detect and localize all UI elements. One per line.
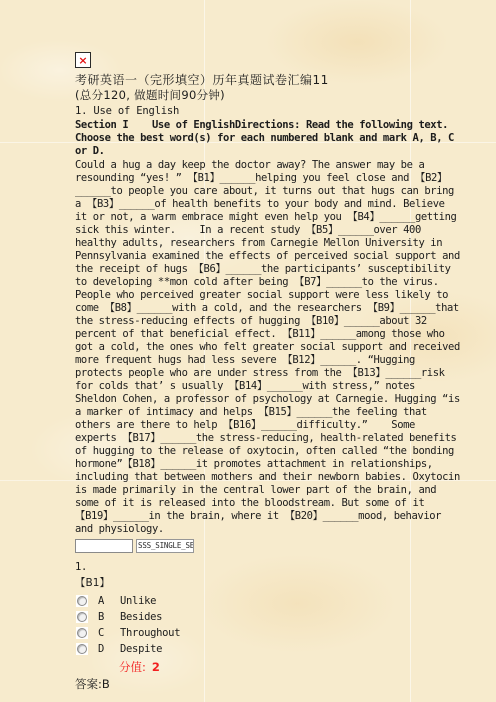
broken-image-icon: × — [75, 52, 91, 68]
passage-text: Could a hug a day keep the doctor away? … — [75, 159, 462, 536]
score-line: 分值:2 — [119, 660, 462, 674]
answer-line: 答案:B — [75, 677, 462, 692]
option-text: Unlike — [120, 595, 156, 607]
broken-image-x-glyph: × — [78, 55, 87, 66]
options-list: A Unlike B Besides C Throughout D Despit… — [75, 593, 462, 657]
radio-button-a[interactable] — [77, 596, 87, 606]
option-letter: B — [98, 611, 120, 623]
page-title: 考研英语一（完形填空）历年真题试卷汇编11 — [75, 72, 462, 88]
directions-text: Section I Use of EnglishDirections: Read… — [75, 119, 462, 158]
option-text: Besides — [120, 611, 162, 623]
option-row-c: C Throughout — [75, 625, 462, 641]
answer-input[interactable] — [75, 539, 133, 553]
radio-patch — [76, 595, 88, 607]
radio-button-b[interactable] — [77, 612, 87, 622]
score-value: 2 — [152, 660, 160, 674]
option-text: Despite — [120, 643, 162, 655]
option-row-b: B Besides — [75, 609, 462, 625]
option-row-d: D Despite — [75, 641, 462, 657]
score-label: 分值: — [119, 660, 146, 674]
question-number: 1. — [75, 561, 462, 574]
answer-widget-row: SSS_SINGLE_SEL — [75, 539, 462, 555]
radio-button-d[interactable] — [77, 644, 87, 654]
exam-page: × 考研英语一（完形填空）历年真题试卷汇编11 (总分120, 做题时间90分钟… — [0, 0, 496, 702]
radio-button-c[interactable] — [77, 628, 87, 638]
single-select-control[interactable]: SSS_SINGLE_SEL — [136, 539, 194, 553]
radio-patch — [76, 627, 88, 639]
radio-patch — [76, 611, 88, 623]
radio-patch — [76, 643, 88, 655]
blank-id-label: 【B1】 — [75, 577, 462, 590]
option-letter: C — [98, 627, 120, 639]
option-letter: A — [98, 595, 120, 607]
option-text: Throughout — [120, 627, 180, 639]
section-heading: 1. Use of English — [75, 104, 462, 118]
option-letter: D — [98, 643, 120, 655]
option-row-a: A Unlike — [75, 593, 462, 609]
exam-info-line: (总分120, 做题时间90分钟) — [75, 88, 462, 103]
